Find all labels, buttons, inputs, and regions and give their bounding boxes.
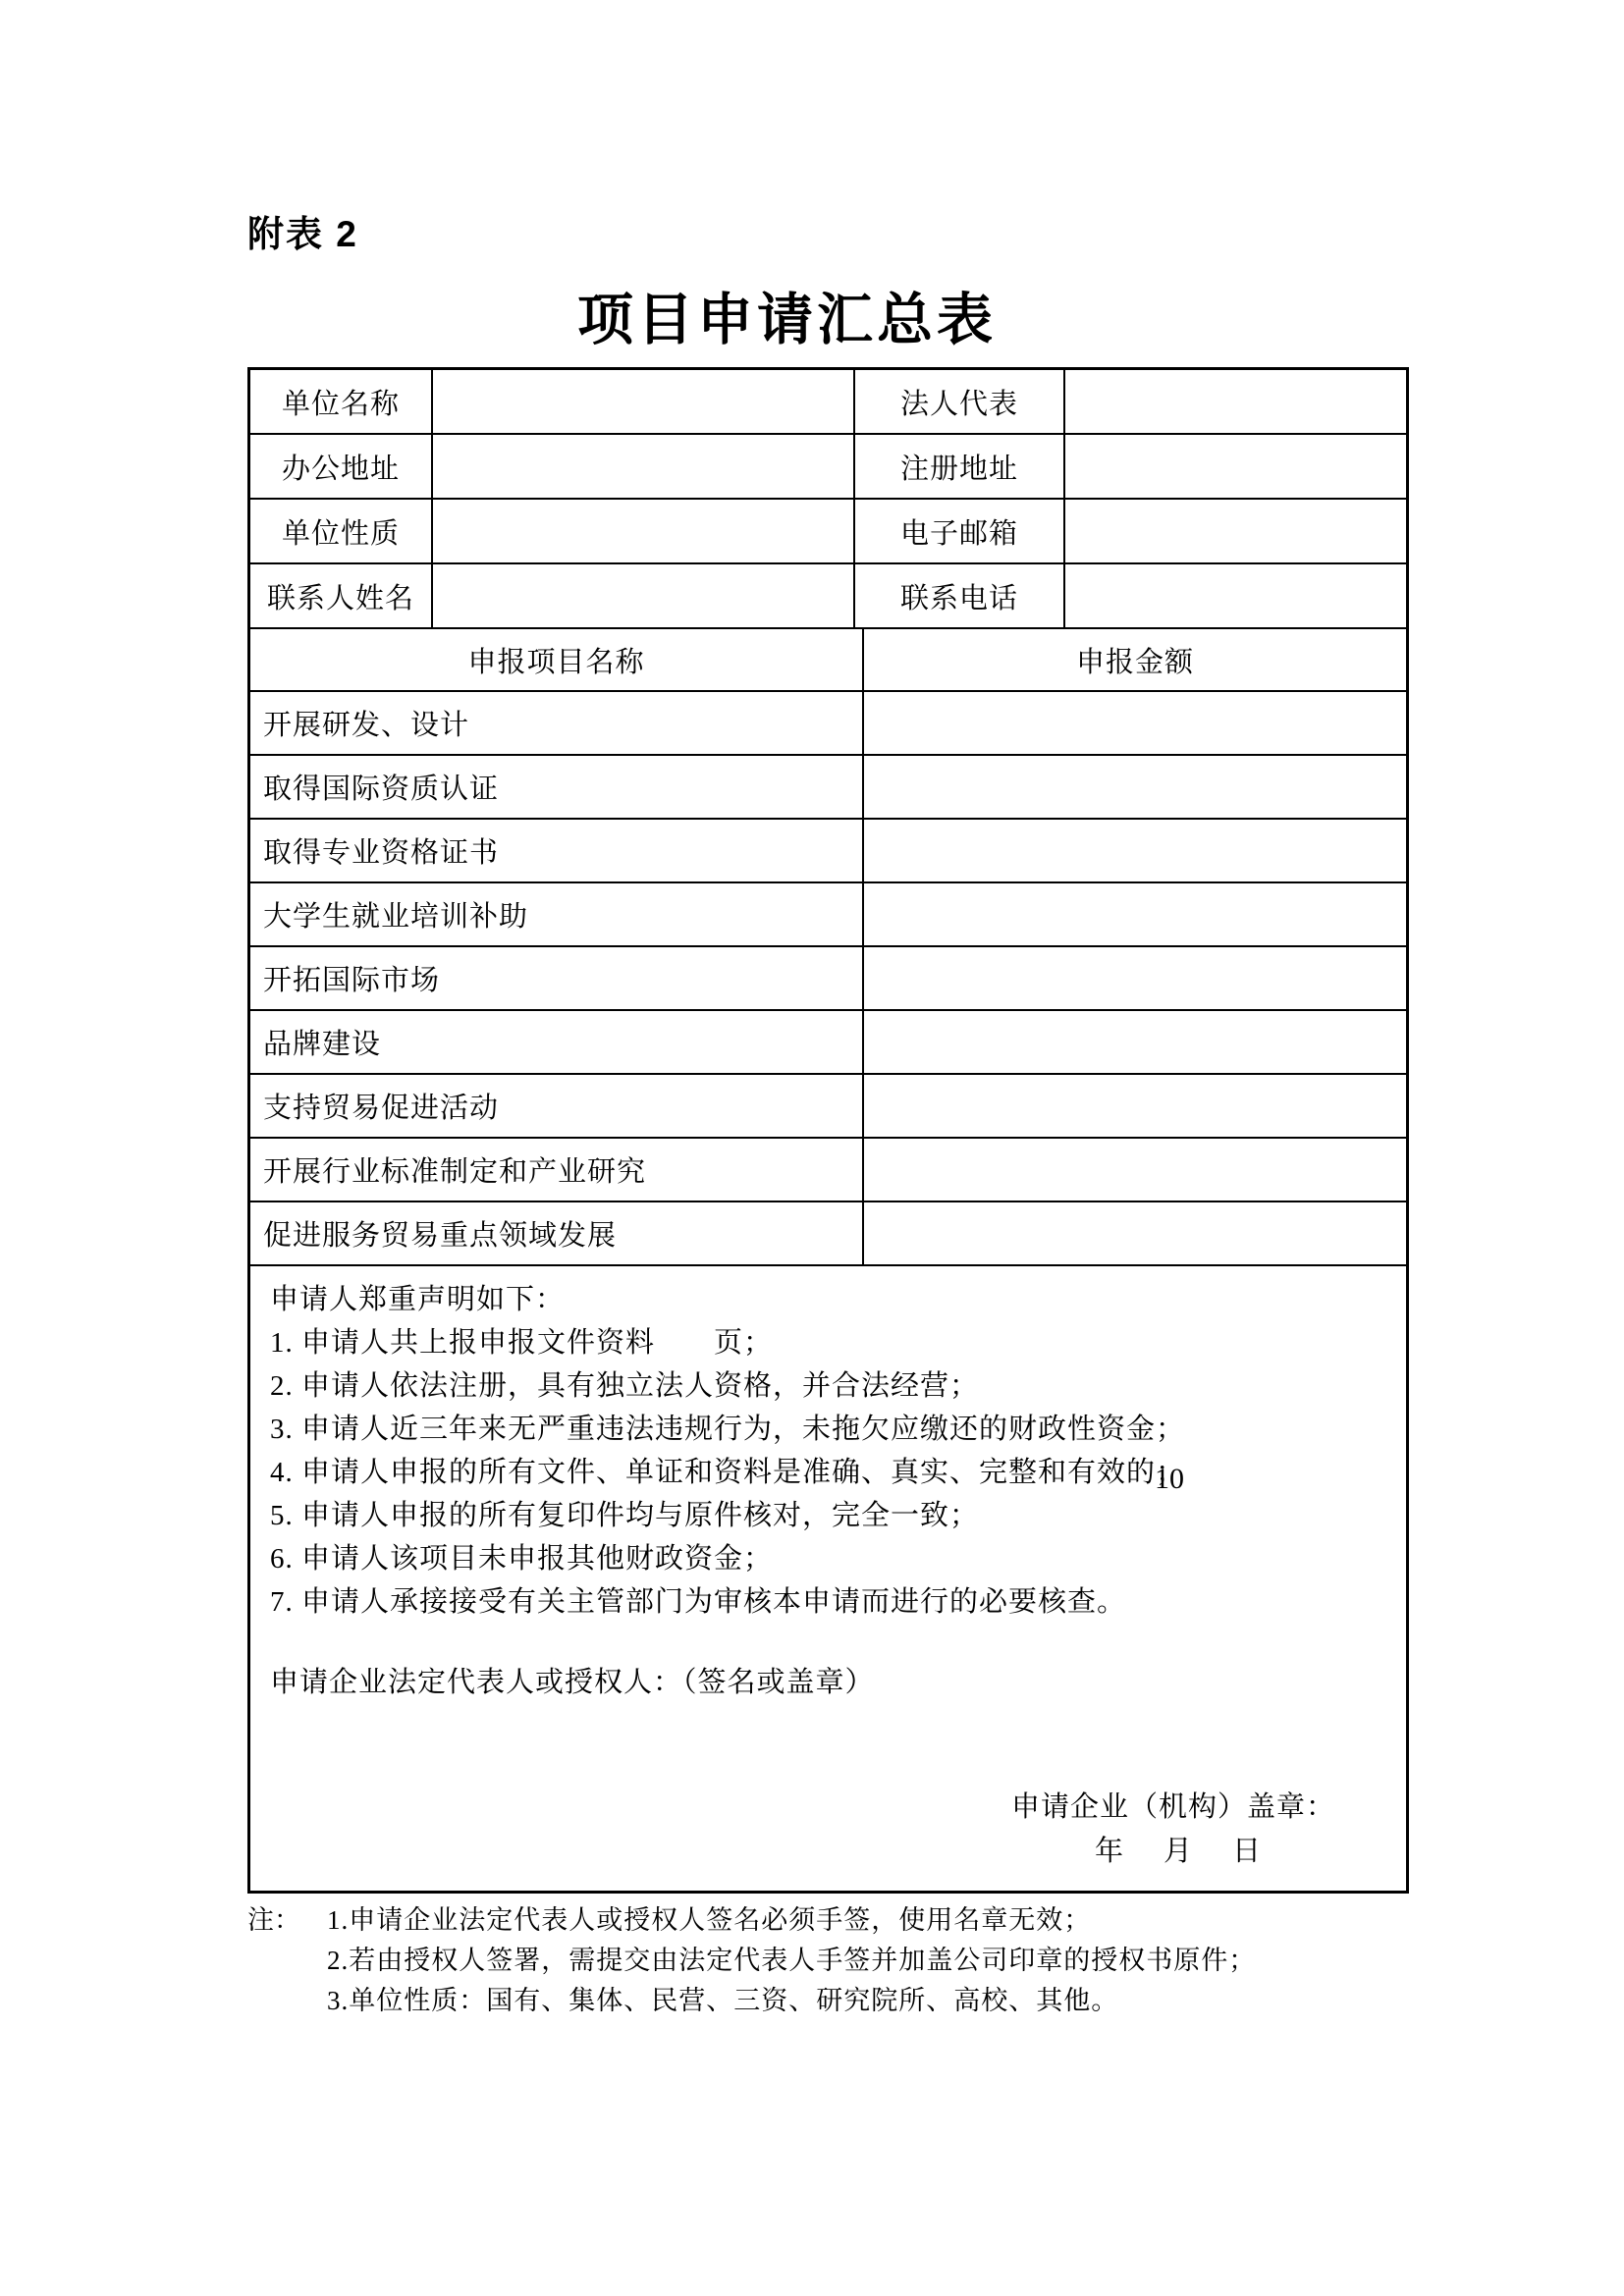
project-name-cell: 开展行业标准制定和产业研究	[250, 1139, 864, 1201]
table-row: 开展研发、设计	[250, 692, 1406, 756]
info-label-legal-representative: 法人代表	[855, 370, 1065, 433]
declaration-item: 3. 申请人近三年来无严重违法违规行为，未拖欠应缴还的财政性资金；	[270, 1408, 1386, 1451]
project-name-cell: 开展研发、设计	[250, 692, 864, 754]
date-line: 年 月 日	[1095, 1834, 1267, 1869]
info-value-registered-address[interactable]	[1065, 435, 1406, 498]
note-item: 2.若由授权人签署，需提交由法定代表人手签并加盖公司印章的授权书原件；	[327, 1941, 1256, 1981]
page-title: 项目申请汇总表	[577, 291, 997, 352]
declaration-item: 7. 申请人承接接受有关主管部门为审核本申请而进行的必要核查。	[270, 1580, 1386, 1624]
column-header-amount: 申报金额	[864, 629, 1406, 690]
declaration-item: 2. 申请人依法注册，具有独立法人资格，并合法经营；	[270, 1364, 1386, 1408]
signature-line: 申请企业法定代表人或授权人：（签名或盖章）	[270, 1661, 1386, 1704]
info-label-contact-phone: 联系电话	[855, 564, 1065, 627]
project-name-cell: 开拓国际市场	[250, 947, 864, 1009]
application-summary-table: 单位名称 法人代表 办公地址 注册地址 单位性质 电子邮箱 联系人姓名 联系电话…	[247, 367, 1409, 1894]
info-label-office-address: 办公地址	[250, 435, 433, 498]
table-row: 大学生就业培训补助	[250, 883, 1406, 947]
declaration-item: 6. 申请人该项目未申报其他财政资金；	[270, 1537, 1386, 1580]
project-amount-cell[interactable]	[864, 947, 1406, 1009]
info-label-unit-name: 单位名称	[250, 370, 433, 433]
project-amount-cell[interactable]	[864, 1202, 1406, 1264]
column-header-project-name: 申报项目名称	[250, 629, 864, 690]
project-amount-cell[interactable]	[864, 1139, 1406, 1201]
declaration-intro: 申请人郑重声明如下：	[270, 1278, 1386, 1321]
declaration-item: 1. 申请人共上报申报文件资料 页；	[270, 1321, 1386, 1364]
project-amount-cell[interactable]	[864, 1075, 1406, 1137]
notes-items: 1.申请企业法定代表人或授权人签名必须手签，使用名章无效； 2.若由授权人签署，…	[327, 1900, 1256, 2021]
info-value-unit-type[interactable]	[433, 500, 855, 562]
project-name-cell: 取得国际资质认证	[250, 756, 864, 818]
project-name-cell: 支持贸易促进活动	[250, 1075, 864, 1137]
declaration-item: 5. 申请人申报的所有复印件均与原件核对，完全一致；	[270, 1494, 1386, 1537]
declaration-cell: 申请人郑重声明如下： 1. 申请人共上报申报文件资料 页； 2. 申请人依法注册…	[250, 1266, 1406, 1891]
table-row: 联系人姓名 联系电话	[250, 564, 1406, 629]
page-number: 10	[1155, 1463, 1184, 1495]
annex-label: 附表 2	[247, 216, 358, 252]
project-amount-cell[interactable]	[864, 692, 1406, 754]
info-value-legal-representative[interactable]	[1065, 370, 1406, 433]
project-name-cell: 取得专业资格证书	[250, 820, 864, 881]
table-row: 开展行业标准制定和产业研究	[250, 1139, 1406, 1202]
info-value-contact-phone[interactable]	[1065, 564, 1406, 627]
info-label-registered-address: 注册地址	[855, 435, 1065, 498]
info-label-contact-name: 联系人姓名	[250, 564, 433, 627]
table-row: 品牌建设	[250, 1011, 1406, 1075]
notes-section: 注： 1.申请企业法定代表人或授权人签名必须手签，使用名章无效； 2.若由授权人…	[247, 1900, 1256, 2021]
company-seal-line: 申请企业（机构）盖章：	[1011, 1789, 1335, 1825]
project-amount-cell[interactable]	[864, 756, 1406, 818]
table-row: 支持贸易促进活动	[250, 1075, 1406, 1139]
note-item: 1.申请企业法定代表人或授权人签名必须手签，使用名章无效；	[327, 1900, 1256, 1941]
project-name-cell: 促进服务贸易重点领域发展	[250, 1202, 864, 1264]
table-row: 取得国际资质认证	[250, 756, 1406, 820]
info-value-email[interactable]	[1065, 500, 1406, 562]
project-amount-cell[interactable]	[864, 883, 1406, 945]
info-value-contact-name[interactable]	[433, 564, 855, 627]
table-row: 开拓国际市场	[250, 947, 1406, 1011]
project-header-row: 申报项目名称 申报金额	[250, 629, 1406, 692]
info-value-unit-name[interactable]	[433, 370, 855, 433]
project-amount-cell[interactable]	[864, 1011, 1406, 1073]
table-row: 单位名称 法人代表	[250, 370, 1406, 435]
project-name-cell: 品牌建设	[250, 1011, 864, 1073]
project-amount-cell[interactable]	[864, 820, 1406, 881]
info-label-email: 电子邮箱	[855, 500, 1065, 562]
info-label-unit-type: 单位性质	[250, 500, 433, 562]
notes-label: 注：	[247, 1900, 327, 2021]
project-name-cell: 大学生就业培训补助	[250, 883, 864, 945]
table-row: 促进服务贸易重点领域发展	[250, 1202, 1406, 1266]
note-item: 3.单位性质：国有、集体、民营、三资、研究院所、高校、其他。	[327, 1981, 1256, 2021]
info-value-office-address[interactable]	[433, 435, 855, 498]
table-row: 单位性质 电子邮箱	[250, 500, 1406, 564]
declaration-item: 4. 申请人申报的所有文件、单证和资料是准确、真实、完整和有效的；	[270, 1451, 1386, 1494]
document-page: 附表 2 项目申请汇总表 单位名称 法人代表 办公地址 注册地址 单位性质 电子…	[0, 0, 1624, 2296]
table-row: 办公地址 注册地址	[250, 435, 1406, 500]
table-row: 取得专业资格证书	[250, 820, 1406, 883]
